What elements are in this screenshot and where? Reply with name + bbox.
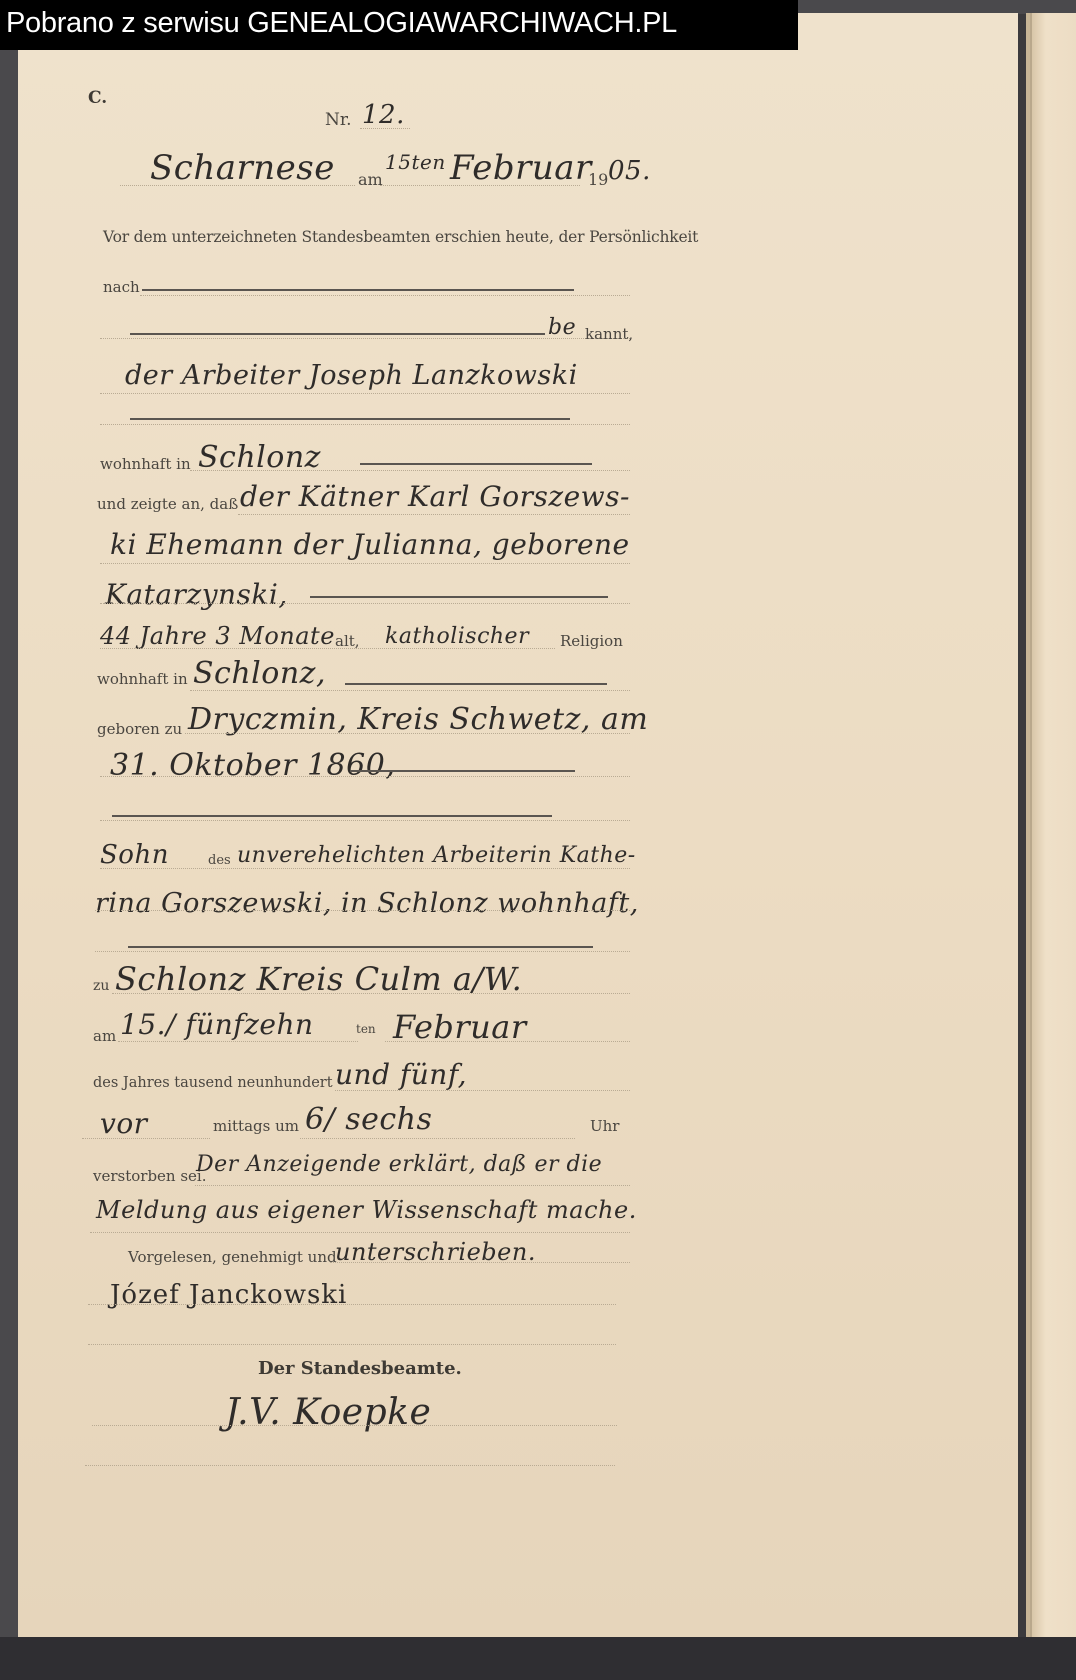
zeigte-label: und zeigte an, daß — [97, 495, 238, 513]
deceased-line-3: Katarzynski, — [105, 578, 288, 611]
bekannt-written: be — [548, 315, 576, 340]
am-label: am — [358, 170, 383, 189]
death-year: und fünf, — [335, 1058, 467, 1091]
registry-month: Februar — [450, 148, 592, 188]
birthplace: Dryczmin, Kreis Schwetz, am — [188, 702, 648, 737]
deceased-residence: Schlonz, — [193, 656, 326, 691]
bekannt-printed: kannt, — [585, 325, 633, 343]
scanner-left-border — [0, 50, 18, 1680]
zu-label: zu — [93, 978, 109, 994]
ten-label: ten — [356, 1022, 376, 1036]
vor-written: vor — [100, 1107, 148, 1140]
death-hour: 6/ sechs — [305, 1102, 432, 1137]
informant-signature: Józef Janckowski — [110, 1280, 347, 1310]
deceased-line-1: der Kätner Karl Gorszews- — [240, 480, 630, 513]
geboren-label: geboren zu — [97, 720, 182, 738]
birthdate: 31. Oktober 1860, — [110, 748, 395, 783]
statement-line-2: Meldung aus eigener Wissenschaft mache. — [96, 1196, 637, 1224]
parents-sohn: Sohn — [100, 840, 169, 870]
parents-des-label: des — [208, 853, 231, 868]
registrar-title: Der Standesbeamte. — [258, 1358, 462, 1379]
parents-line-1: unverehelichten Arbeiterin Kathe- — [237, 843, 636, 868]
registrar-signature: J.V. Koepke — [225, 1392, 431, 1433]
wohnhaft-label: wohnhaft in — [100, 455, 191, 473]
nach-label: nach — [103, 278, 140, 296]
parents-line-2: rina Gorszewski, in Schlonz wohnhaft, — [95, 888, 639, 919]
record-number: 12. — [362, 100, 405, 130]
am-2-label: am — [93, 1027, 116, 1045]
religion-label: Religion — [560, 632, 623, 650]
record-number-label: Nr. — [325, 110, 352, 130]
scanner-bottom-border — [0, 1637, 1076, 1680]
deceased-line-2: ki Ehemann der Julianna, geborene — [110, 528, 630, 561]
verstorben-label: verstorben sei. — [93, 1167, 207, 1185]
year-suffix: 05. — [608, 156, 651, 186]
mittags-label: mittags um — [213, 1117, 299, 1135]
jahres-label: des Jahres tausend neunhundert — [93, 1075, 333, 1091]
statement-line-1: Der Anzeigende erklärt, daß er die — [196, 1152, 602, 1177]
wohnhaft-2-label: wohnhaft in — [97, 670, 188, 688]
form-letter: C. — [88, 88, 107, 108]
registry-place: Scharnese — [150, 148, 335, 188]
document-page — [18, 13, 1018, 1637]
religion-value: katholischer — [385, 624, 529, 649]
deceased-age: 44 Jahre 3 Monate — [100, 622, 335, 650]
death-day: 15./ fünfzehn — [120, 1008, 314, 1041]
next-page-edge — [1030, 13, 1076, 1643]
uhr-label: Uhr — [590, 1117, 619, 1135]
intro-text: Vor dem unterzeichneten Standesbeamten e… — [103, 228, 698, 246]
vorgelesen-label: Vorgelesen, genehmigt und — [128, 1248, 337, 1266]
informant-name: der Arbeiter Joseph Lanzkowski — [125, 360, 578, 391]
year-prefix: 19 — [588, 170, 608, 189]
source-banner: Pobrano z serwisu GENEALOGIAWARCHIWACH.P… — [0, 0, 798, 50]
registry-day: 15ten — [385, 150, 446, 174]
